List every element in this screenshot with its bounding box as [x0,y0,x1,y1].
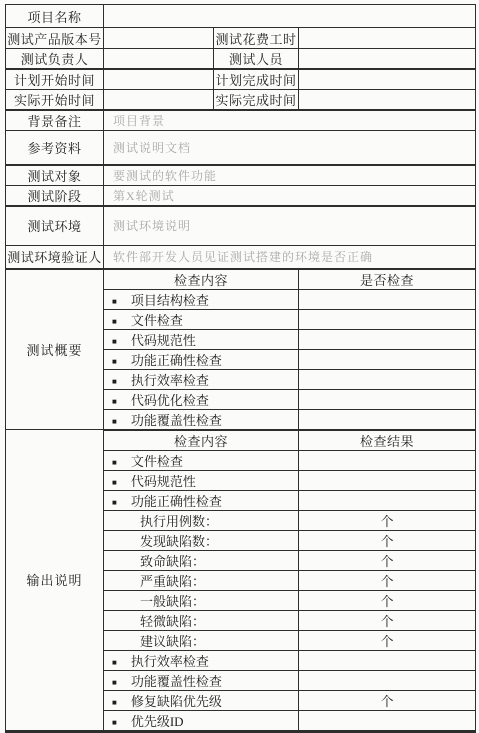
check-item-label: 代码优化检查 [131,393,209,408]
field-label: 实际开始时间 [6,90,104,111]
check-result: 个 [299,530,476,550]
check-result [299,650,476,670]
field-value: 测试说明文档 [104,131,476,165]
field-value [104,5,476,28]
check-item: ■项目结构检查 [104,289,299,309]
field-label: 计划完成时间 [214,69,299,90]
check-subitem: 执行用例数： [104,510,299,530]
bullet-icon: ■ [112,398,117,406]
check-subitem: 严重缺陷： [104,570,299,590]
test-report-body: 项目名称测试产品版本号测试花费工时测试负责人测试人员计划开始时间计划完成时间实际… [6,5,476,680]
check-subitem: 致命缺陷： [104,550,299,570]
field-label: 实际完成时间 [214,90,299,111]
check-result [299,289,476,309]
check-item: ■文件检查 [104,309,299,329]
field-value: 要测试的软件功能 [104,165,476,186]
section-label: 输出说明 [6,430,104,680]
bullet-icon: ■ [112,358,117,366]
check-item-label: 建议缺陷： [140,634,205,649]
bullet-icon: ■ [112,459,117,467]
check-result: 个 [299,590,476,610]
check-item-label: 执行用例数： [140,514,218,529]
field-value: 项目背景 [104,110,476,131]
check-result [299,450,476,470]
column-header-content: 检查内容 [104,430,299,451]
column-header-result: 是否检查 [299,269,476,290]
check-subitem: 一般缺陷： [104,590,299,610]
field-label: 项目名称 [6,5,104,28]
check-item: ■代码规范性 [104,329,299,349]
check-item-label: 项目结构检查 [131,293,209,308]
field-value: 第X轮测试 [104,185,476,206]
check-result: 个 [299,610,476,630]
check-result: 个 [299,510,476,530]
bullet-icon: ■ [112,499,117,507]
check-item: ■功能覆盖性检查 [104,409,299,430]
field-value [104,69,214,90]
check-item: ■代码优化检查 [104,389,299,409]
check-result [299,490,476,510]
check-item-label: 代码规范性 [131,333,196,348]
section-label: 测试概要 [6,269,104,430]
check-item: ■功能正确性检查 [104,349,299,369]
check-item-label: 文件检查 [131,454,183,469]
check-result [299,389,476,409]
field-value [299,90,476,111]
field-label: 背景备注 [6,110,104,131]
field-label: 测试人员 [214,49,299,70]
check-item: ■执行效率检查 [104,650,299,670]
field-value [299,69,476,90]
check-item: ■功能覆盖性检查 [104,670,299,679]
check-item-label: 发现缺陷数： [140,534,218,549]
check-result [299,309,476,329]
check-item-label: 功能覆盖性检查 [131,674,222,680]
field-label: 测试对象 [6,165,104,186]
column-header-content: 检查内容 [104,269,299,290]
check-item-label: 一般缺陷： [140,594,205,609]
column-header-result: 检查结果 [299,430,476,451]
bullet-icon: ■ [112,318,117,326]
field-value [299,28,476,49]
check-item-label: 功能正确性检查 [131,494,222,509]
check-item-label: 执行效率检查 [131,373,209,388]
bullet-icon: ■ [112,378,117,386]
field-value: 测试环境说明 [104,206,476,246]
check-item-label: 代码规范性 [131,474,196,489]
check-result [299,369,476,389]
field-value [299,49,476,70]
test-report-form: 项目名称测试产品版本号测试花费工时测试负责人测试人员计划开始时间计划完成时间实际… [5,4,476,679]
field-value: 软件部开发人员见证测试搭建的环境是否正确 [104,246,476,269]
check-item-label: 文件检查 [131,313,183,328]
check-result [299,349,476,369]
bullet-icon: ■ [112,298,117,306]
field-value [104,90,214,111]
check-result: 个 [299,630,476,650]
bullet-icon: ■ [112,338,117,346]
field-label: 测试负责人 [6,49,104,70]
bullet-icon: ■ [112,479,117,487]
check-result [299,670,476,679]
check-item-label: 严重缺陷： [140,574,205,589]
check-result: 个 [299,570,476,590]
check-item: ■代码规范性 [104,470,299,490]
check-item: ■文件检查 [104,450,299,470]
check-item-label: 致命缺陷： [140,554,205,569]
field-label: 测试产品版本号 [6,28,104,49]
check-result [299,409,476,430]
check-item-label: 功能覆盖性检查 [131,413,222,428]
check-item: ■功能正确性检查 [104,490,299,510]
check-subitem: 建议缺陷： [104,630,299,650]
check-result: 个 [299,550,476,570]
check-subitem: 轻微缺陷： [104,610,299,630]
bullet-icon: ■ [112,659,117,667]
check-item-label: 轻微缺陷： [140,614,205,629]
field-label: 测试环境验证人 [6,246,104,269]
field-label: 测试环境 [6,206,104,246]
check-item-label: 执行效率检查 [131,654,209,669]
check-item-label: 功能正确性检查 [131,353,222,368]
field-label: 测试花费工时 [214,28,299,49]
field-label: 计划开始时间 [6,69,104,90]
check-result [299,470,476,490]
field-label: 测试阶段 [6,185,104,206]
field-value [104,28,214,49]
check-subitem: 发现缺陷数： [104,530,299,550]
field-value [104,49,214,70]
bullet-icon: ■ [112,418,117,426]
check-item: ■执行效率检查 [104,369,299,389]
check-result [299,329,476,349]
field-label: 参考资料 [6,131,104,165]
